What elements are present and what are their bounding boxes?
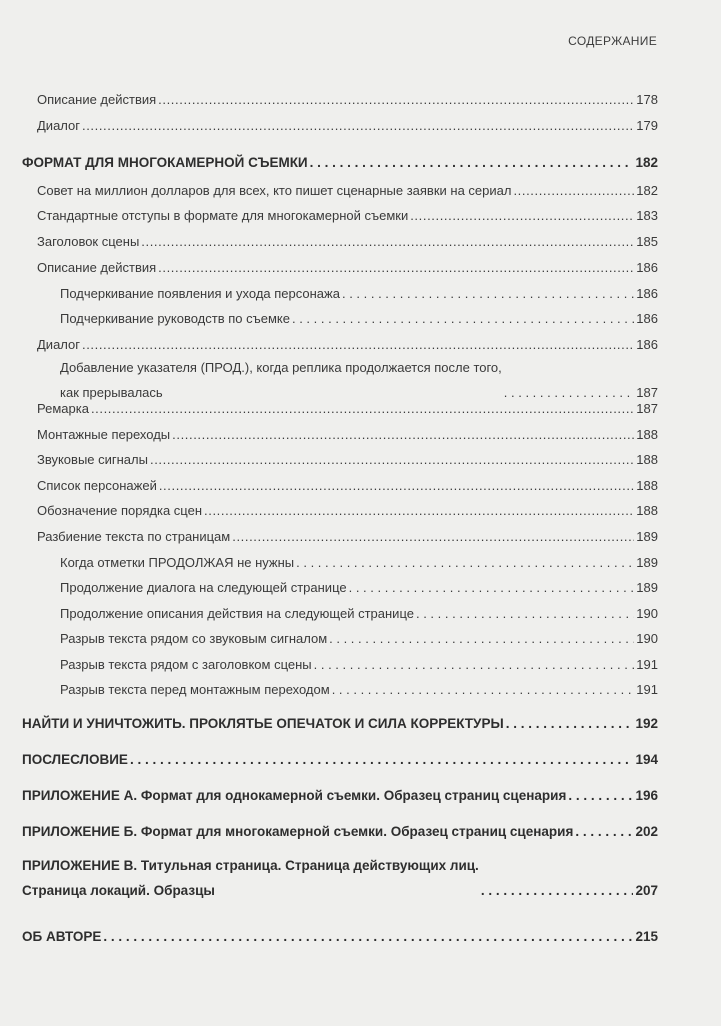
toc-entry[interactable]: Совет на миллион долларов для всех, кто … — [0, 183, 721, 198]
toc-entry-page: 182 — [636, 183, 658, 198]
toc-entry-title: Список персонажей — [0, 478, 157, 493]
toc-entry[interactable]: Диалог 186 — [0, 337, 721, 352]
toc-chapter-title: ОБ АВТОРЕ — [0, 929, 101, 944]
toc-chapter-page: 215 — [635, 929, 658, 944]
toc-chapter[interactable]: ФОРМАТ ДЛЯ МНОГОКАМЕРНОЙ СЪЕМКИ 182 — [0, 155, 721, 170]
toc-entry-page: 186 — [636, 260, 658, 275]
leader-dots — [158, 261, 634, 275]
leader-dots — [568, 789, 633, 803]
leader-dots — [158, 93, 634, 107]
toc-entry-page: 186 — [636, 337, 658, 352]
toc-chapter[interactable]: ПРИЛОЖЕНИЕ В. Титульная страница. Страни… — [0, 858, 721, 898]
leader-dots — [232, 530, 634, 544]
toc-subentry[interactable]: Добавление указателя (ПРОД.), когда репл… — [0, 360, 721, 400]
toc-chapter-title: ПОСЛЕСЛОВИЕ — [0, 752, 128, 767]
toc-entry[interactable]: Стандартные отступы в формате для многок… — [0, 208, 721, 223]
leader-dots — [329, 632, 634, 646]
leader-dots — [481, 884, 634, 898]
leader-dots — [506, 717, 634, 731]
toc-entry[interactable]: Звуковые сигналы 188 — [0, 452, 721, 467]
toc-subentry[interactable]: Когда отметки ПРОДОЛЖАЯ не нужны 189 — [0, 555, 721, 570]
toc-chapter[interactable]: ПРИЛОЖЕНИЕ А. Формат для однокамерной съ… — [0, 788, 721, 803]
toc-chapter-page: 207 — [635, 883, 658, 898]
toc-subentry-title: Продолжение описания действия на следующ… — [0, 606, 414, 621]
toc-chapter-title: ПРИЛОЖЕНИЕ Б. Формат для многокамерной с… — [0, 824, 573, 839]
toc-chapter-page: 182 — [635, 155, 658, 170]
toc-entry-page: 188 — [636, 427, 658, 442]
toc-subentry-title: Разрыв текста перед монтажным переходом — [0, 682, 330, 697]
leader-dots — [416, 607, 634, 621]
toc-entry-title: Стандартные отступы в формате для многок… — [0, 208, 408, 223]
toc-entry-page: 187 — [636, 401, 658, 416]
toc-subentry-title: Подчеркивание появления и ухода персонаж… — [0, 286, 340, 301]
toc-entry-page: 189 — [636, 529, 658, 544]
toc-entry[interactable]: Описание действия 186 — [0, 260, 721, 275]
toc-chapter-title: ПРИЛОЖЕНИЕ А. Формат для однокамерной съ… — [0, 788, 566, 803]
toc-entry-title: Заголовок сцены — [0, 234, 139, 249]
leader-dots — [310, 156, 634, 170]
toc-subentry[interactable]: Подчеркивание появления и ухода персонаж… — [0, 286, 721, 301]
toc-entry-title: Диалог — [0, 337, 80, 352]
leader-dots — [349, 581, 635, 595]
toc-entry-title: Совет на миллион долларов для всех, кто … — [0, 183, 511, 198]
toc-chapter-title: НАЙТИ И УНИЧТОЖИТЬ. ПРОКЛЯТЬЕ ОПЕЧАТОК И… — [0, 716, 504, 731]
leader-dots — [82, 338, 634, 352]
toc-entry-page: 185 — [636, 234, 658, 249]
toc-chapter-title: ПРИЛОЖЕНИЕ В. Титульная страница. Страни… — [22, 858, 479, 873]
leader-dots — [410, 209, 634, 223]
toc-subentry-page: 191 — [636, 657, 658, 672]
toc-entry[interactable]: Список персонажей 188 — [0, 478, 721, 493]
toc-subentry-title: Разрыв текста рядом со звуковым сигналом — [0, 631, 327, 646]
toc-chapter-page: 202 — [635, 824, 658, 839]
toc-subentry-page: 187 — [636, 385, 658, 400]
running-header: СОДЕРЖАНИЕ — [568, 34, 657, 48]
toc-entry-title: Диалог — [0, 118, 80, 133]
toc-subentry[interactable]: Подчеркивание руководств по съемке 186 — [0, 311, 721, 326]
leader-dots — [204, 504, 634, 518]
toc-subentry-title: Добавление указателя (ПРОД.), когда репл… — [60, 360, 502, 375]
toc-subentry[interactable]: Разрыв текста рядом со звуковым сигналом… — [0, 631, 721, 646]
toc-entry-title: Обозначение порядка сцен — [0, 503, 202, 518]
leader-dots — [159, 479, 634, 493]
toc-subentry-page: 186 — [636, 286, 658, 301]
toc-entry[interactable]: Описание действия 178 — [0, 92, 721, 107]
toc-subentry-title: Подчеркивание руководств по съемке — [0, 311, 290, 326]
toc-subentry-title: Продолжение диалога на следующей страниц… — [0, 580, 347, 595]
leader-dots — [296, 556, 634, 570]
leader-dots — [332, 683, 635, 697]
leader-dots — [172, 428, 634, 442]
toc-entry-page: 183 — [636, 208, 658, 223]
toc-subentry[interactable]: Разрыв текста рядом с заголовком сцены 1… — [0, 657, 721, 672]
toc-subentry[interactable]: Продолжение описания действия на следующ… — [0, 606, 721, 621]
toc-chapter-title: ФОРМАТ ДЛЯ МНОГОКАМЕРНОЙ СЪЕМКИ — [0, 155, 308, 170]
toc-entry-page: 178 — [636, 92, 658, 107]
toc-entry[interactable]: Ремарка 187 — [0, 401, 721, 416]
toc-subentry-page: 186 — [636, 311, 658, 326]
leader-dots — [513, 184, 634, 198]
toc-subentry-page: 190 — [636, 631, 658, 646]
toc-entry-title: Звуковые сигналы — [0, 452, 148, 467]
toc-subentry-title: Разрыв текста рядом с заголовком сцены — [0, 657, 312, 672]
toc-subentry-page: 190 — [636, 606, 658, 621]
toc-entry-page: 188 — [636, 452, 658, 467]
toc-subentry-page: 189 — [636, 580, 658, 595]
toc-chapter[interactable]: ПРИЛОЖЕНИЕ Б. Формат для многокамерной с… — [0, 824, 721, 839]
toc-subentry-page: 191 — [636, 682, 658, 697]
toc-entry-title: Описание действия — [0, 92, 156, 107]
toc-subentry-page: 189 — [636, 555, 658, 570]
leader-dots — [91, 402, 634, 416]
toc-entry-page: 188 — [636, 478, 658, 493]
leader-dots — [314, 658, 635, 672]
leader-dots — [292, 312, 634, 326]
leader-dots — [575, 825, 633, 839]
toc-entry-title: Монтажные переходы — [0, 427, 170, 442]
leader-dots — [342, 287, 634, 301]
toc-chapter-page: 194 — [635, 752, 658, 767]
toc-entry[interactable]: Монтажные переходы 188 — [0, 427, 721, 442]
toc-chapter[interactable]: НАЙТИ И УНИЧТОЖИТЬ. ПРОКЛЯТЬЕ ОПЕЧАТОК И… — [0, 716, 721, 731]
toc-chapter-title-continued: Страница локаций. Образцы — [22, 883, 479, 898]
toc-subentry-title: Когда отметки ПРОДОЛЖАЯ не нужны — [0, 555, 294, 570]
toc-chapter-page: 192 — [635, 716, 658, 731]
toc-chapter-page: 196 — [635, 788, 658, 803]
leader-dots — [103, 930, 633, 944]
toc-chapter[interactable]: ПОСЛЕСЛОВИЕ 194 — [0, 752, 721, 767]
toc-entry-page: 179 — [636, 118, 658, 133]
toc-subentry[interactable]: Разрыв текста перед монтажным переходом … — [0, 682, 721, 697]
toc-entry-title: Разбиение текста по страницам — [0, 529, 230, 544]
toc-entry[interactable]: Разбиение текста по страницам 189 — [0, 529, 721, 544]
leader-dots — [504, 386, 635, 400]
toc-entry[interactable]: Обозначение порядка сцен 188 — [0, 503, 721, 518]
leader-dots — [82, 119, 634, 133]
toc-entry[interactable]: Заголовок сцены 185 — [0, 234, 721, 249]
toc-entry-page: 188 — [636, 503, 658, 518]
leader-dots — [141, 235, 634, 249]
toc-chapter[interactable]: ОБ АВТОРЕ 215 — [0, 929, 721, 944]
toc-entry[interactable]: Диалог 179 — [0, 118, 721, 133]
toc-entry-title: Описание действия — [0, 260, 156, 275]
leader-dots — [130, 753, 634, 767]
leader-dots — [150, 453, 634, 467]
toc-subentry[interactable]: Продолжение диалога на следующей страниц… — [0, 580, 721, 595]
toc-subentry-title-continued: как прерывалась — [60, 385, 502, 400]
toc-entry-title: Ремарка — [0, 401, 89, 416]
